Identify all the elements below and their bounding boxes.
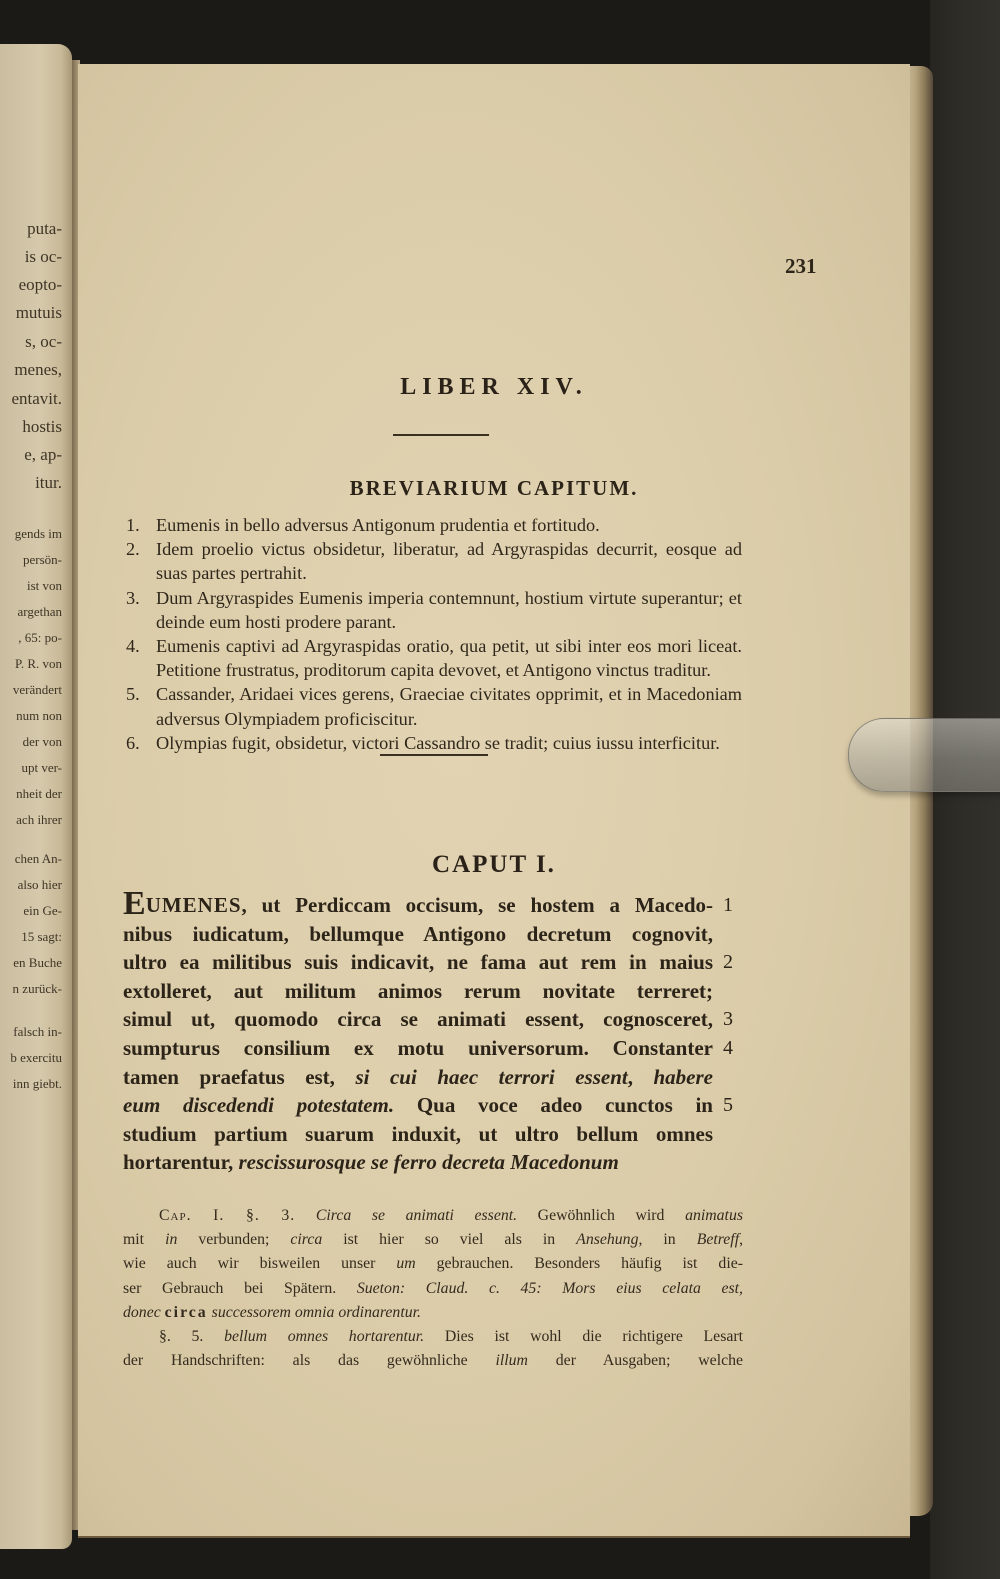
summary-title: BREVIARIUM CAPITUM. — [78, 476, 910, 501]
facing-page-line: num non — [16, 709, 62, 722]
facing-page-line: hostis — [22, 418, 62, 435]
section-number: 4 — [723, 1034, 733, 1063]
facing-page-line: upt ver- — [21, 761, 62, 774]
chapter-title: CAPUT I. — [78, 851, 910, 879]
facing-page-line: mutuis — [16, 304, 62, 321]
section-number: 3 — [723, 1005, 733, 1034]
facing-page: puta-is oc-eopto-mutuiss, oc-menes,entav… — [0, 44, 72, 1549]
facing-page-line: puta- — [27, 220, 62, 237]
summary-item: 6.Olympias fugit, obsidetur, victori Cas… — [126, 731, 742, 755]
facing-page-line: eopto- — [19, 276, 62, 293]
title-rule — [393, 434, 489, 436]
summary-item: 3.Dum Argyraspides Eumenis imperia conte… — [126, 586, 742, 634]
footnote-line: der Handschriften: als das gewöhnliche i… — [123, 1349, 743, 1373]
facing-page-line: menes, — [14, 361, 62, 378]
body-line: sumpturus consilium ex motu universorum.… — [123, 1034, 713, 1063]
body-line: studium partium suarum induxit, ut ultro… — [123, 1120, 713, 1149]
footnote-line: §. 5. bellum omnes hortarentur. Dies ist… — [123, 1325, 743, 1349]
chapter-body: EUMENES, ut Perdiccam occisum, se hostem… — [123, 891, 713, 1177]
footnotes: Cap. I. §. 3. Circa se animati essent. G… — [123, 1204, 743, 1373]
chapter-summary-list: 1.Eumenis in bello adversus Antigonum pr… — [126, 513, 742, 755]
section-rule — [380, 754, 488, 756]
section-number: 2 — [723, 948, 733, 977]
body-line: hortarentur, rescissurosque se ferro dec… — [123, 1148, 713, 1177]
body-line: ultro ea militibus suis indicavit, ne fa… — [123, 948, 713, 977]
summary-item: 1.Eumenis in bello adversus Antigonum pr… — [126, 513, 742, 537]
facing-page-line: gends im — [15, 527, 62, 540]
summary-item: 5.Cassander, Aridaei vices gerens, Graec… — [126, 682, 742, 730]
facing-page-line: ist von — [27, 579, 62, 592]
book-page: 231 LIBER XIV. BREVIARIUM CAPITUM. 1.Eum… — [78, 64, 910, 1538]
facing-page-line: itur. — [35, 474, 62, 491]
section-number: 1 — [723, 891, 733, 920]
page-clip-icon — [848, 718, 1000, 792]
footnote-line: wie auch wir bisweilen unser um gebrauch… — [123, 1252, 743, 1276]
facing-page-line: der von — [23, 735, 62, 748]
facing-page-line: entavit. — [11, 390, 62, 407]
drop-cap: E — [123, 885, 146, 922]
page-number: 231 — [785, 254, 817, 279]
facing-page-line: , 65: po- — [18, 631, 62, 644]
facing-page-line: falsch in- — [13, 1025, 62, 1038]
summary-item: 4.Eumenis captivi ad Argyraspidas oratio… — [126, 634, 742, 682]
facing-page-line: argethan — [17, 605, 62, 618]
facing-page-line: chen An- — [15, 852, 62, 865]
facing-page-line: persön- — [23, 553, 62, 566]
facing-page-line: also hier — [18, 878, 62, 891]
body-line: tamen praefatus est, si cui haec terrori… — [123, 1063, 713, 1092]
facing-page-line: ein Ge- — [23, 904, 62, 917]
footnote-line: Cap. I. §. 3. Circa se animati essent. G… — [123, 1204, 743, 1228]
section-number: 5 — [723, 1091, 733, 1120]
footnote-line: ser Gebrauch bei Spätern. Sueton: Claud.… — [123, 1277, 743, 1301]
summary-item: 2.Idem proelio victus obsidetur, liberat… — [126, 537, 742, 585]
facing-page-line: verändert — [13, 683, 62, 696]
body-line: nibus iudicatum, bellumque Antigono decr… — [123, 920, 713, 949]
facing-page-line: b exercitu — [10, 1051, 62, 1064]
body-line: extolleret, aut militum animos rerum nov… — [123, 977, 713, 1006]
book-title: LIBER XIV. — [78, 374, 910, 401]
facing-page-line: is oc- — [25, 248, 62, 265]
facing-page-line: e, ap- — [24, 446, 62, 463]
facing-page-line: en Buche — [13, 956, 62, 969]
facing-page-line: P. R. von — [15, 657, 62, 670]
facing-page-line: s, oc- — [25, 333, 62, 350]
facing-page-line: 15 sagt: — [21, 930, 62, 943]
facing-page-line: ach ihrer — [16, 813, 62, 826]
body-line: EUMENES, ut Perdiccam occisum, se hostem… — [123, 891, 713, 920]
body-line: simul ut, quomodo circa se animati essen… — [123, 1005, 713, 1034]
body-line: eum discedendi potestatem. Qua voce adeo… — [123, 1091, 713, 1120]
footnote-line: donec circa successorem omnia ordinarent… — [123, 1301, 743, 1325]
facing-page-line: n zurück- — [13, 982, 62, 995]
footnote-line: mit in verbunden; circa ist hier so viel… — [123, 1228, 743, 1252]
facing-page-line: inn giebt. — [13, 1077, 62, 1090]
facing-page-line: nheit der — [16, 787, 62, 800]
